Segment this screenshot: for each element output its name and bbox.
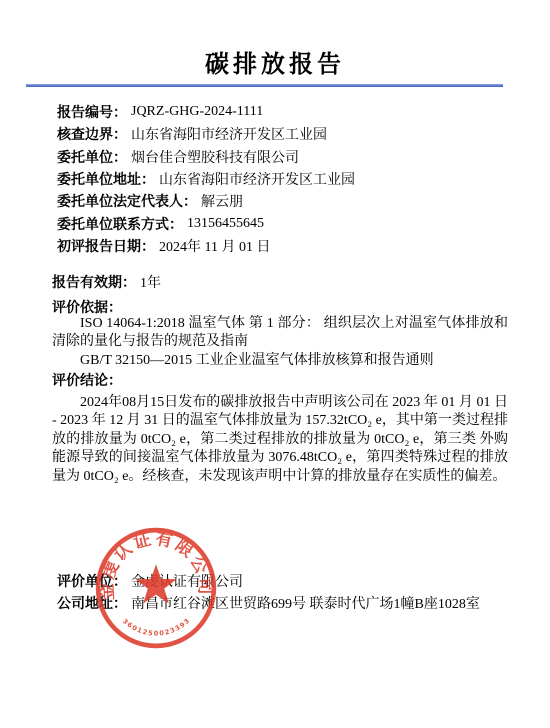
field-initial-report-date: 初评报告日期： 2024年 11 月 01 日 [57, 235, 520, 257]
field-label: 委托单位联系方式： [57, 214, 183, 234]
field-evaluation-unit: 评价单位： 金虔认证有限公司 [57, 570, 480, 592]
field-value: 南昌市红谷滩区世贸路699号 联泰时代广场1幢B座1028室 [131, 593, 480, 613]
section-label: 评价依据： [52, 297, 122, 317]
field-legal-representative: 委托单位法定代表人： 解云朋 [57, 190, 520, 212]
field-company-address: 公司地址： 南昌市红谷滩区世贸路699号 联泰时代广场1幢B座1028室 [57, 592, 480, 614]
field-label: 委托单位地址： [57, 169, 155, 189]
field-verification-boundary: 核查边界： 山东省海阳市经济开发区工业园 [57, 123, 520, 145]
field-value: 烟台佳合塑胶科技有限公司 [131, 147, 299, 167]
field-label: 核查边界： [57, 124, 127, 144]
report-fields: 报告编号： JQRZ-GHG-2024-1111 核查边界： 山东省海阳市经济开… [57, 101, 520, 257]
field-label: 委托单位： [57, 147, 127, 167]
page-title: 碳排放报告 [0, 44, 550, 79]
field-contact-phone: 委托单位联系方式： 13156455645 [57, 212, 520, 234]
field-value: 1年 [140, 272, 161, 292]
seal-serial-text: 3601250023393 [121, 616, 192, 637]
section-label: 评价结论： [52, 370, 122, 390]
field-label: 报告编号： [57, 102, 127, 122]
basis-item-gbt: GB/T 32150—2015 工业企业温室气体排放核算和报告通则 [52, 352, 508, 370]
field-client-company: 委托单位： 烟台佳合塑胶科技有限公司 [57, 146, 520, 168]
field-client-address: 委托单位地址： 山东省海阳市经济开发区工业园 [57, 168, 520, 190]
field-label: 委托单位法定代表人： [57, 191, 197, 211]
conclusion-paragraph: 2024年08月15日发布的碳排放报告中声明该公司在 2023 年 01 月 0… [52, 394, 508, 486]
carbon-report-page: 碳排放报告 报告编号： JQRZ-GHG-2024-1111 核查边界： 山东省… [0, 0, 550, 728]
evaluation-conclusion-heading: 评价结论： [52, 370, 126, 390]
field-value: 2024年 11 月 01 日 [159, 236, 270, 256]
field-value: 山东省海阳市经济开发区工业园 [131, 124, 327, 144]
field-label: 报告有效期： [52, 272, 136, 292]
title-divider [26, 84, 503, 87]
field-value: 13156455645 [187, 216, 264, 232]
field-label: 初评报告日期： [57, 236, 155, 256]
field-report-number: 报告编号： JQRZ-GHG-2024-1111 [57, 101, 520, 123]
evaluation-basis-heading: 评价依据： [52, 297, 126, 317]
report-footer: 评价单位： 金虔认证有限公司 公司地址： 南昌市红谷滩区世贸路699号 联泰时代… [57, 570, 480, 614]
basis-item-iso: ISO 14064-1:2018 温室气体 第 1 部分： 组织层次上对温室气体… [52, 315, 508, 352]
field-report-validity: 报告有效期： 1年 [52, 271, 161, 293]
field-label: 公司地址： [57, 593, 127, 613]
field-label: 评价单位： [57, 571, 127, 591]
field-value: 解云朋 [201, 191, 243, 211]
field-value: 金虔认证有限公司 [131, 571, 243, 591]
field-value: 山东省海阳市经济开发区工业园 [159, 169, 355, 189]
field-value: JQRZ-GHG-2024-1111 [131, 104, 263, 120]
svg-text:3601250023393: 3601250023393 [121, 616, 192, 637]
